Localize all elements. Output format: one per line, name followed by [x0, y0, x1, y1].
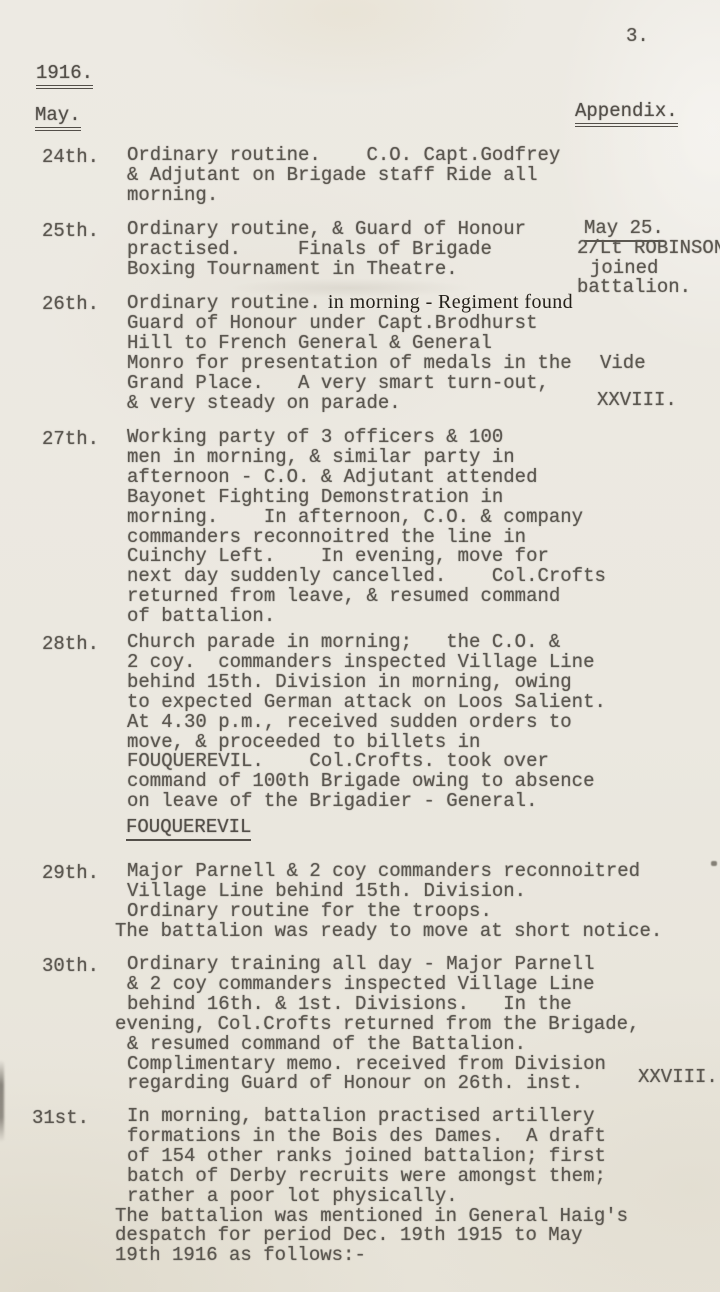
- entry-line: returned from leave, & resumed command: [127, 587, 720, 607]
- year-heading-text: 1916.: [36, 62, 93, 89]
- entry-body: Working party of 3 officers & 100 men in…: [127, 428, 720, 627]
- scan-artifact-edge-shadow: [0, 1060, 4, 1142]
- entry-line: move, & proceeded to billets in: [127, 733, 720, 753]
- appendix-column-heading: Appendix.: [575, 100, 678, 122]
- margin-note-date: May 25.: [584, 217, 664, 239]
- entry-line: Bayonet Fighting Demonstration in: [127, 488, 720, 508]
- diary-entry-29th: 29th. Major Parnell & 2 coy commanders r…: [0, 862, 720, 942]
- entry-date: 28th.: [42, 633, 99, 655]
- entry-date: 24th.: [42, 146, 99, 168]
- entry-line: In morning, battalion practised artiller…: [127, 1107, 720, 1127]
- entry-line: on leave of the Brigadier - General.: [127, 792, 720, 812]
- entry-line: Major Parnell & 2 coy commanders reconno…: [127, 862, 720, 882]
- entry-line: to expected German attack on Loos Salien…: [127, 693, 720, 713]
- entry-line: men in morning, & similar party in: [127, 448, 720, 468]
- entry-line-typed-part: Ordinary routine.: [127, 292, 321, 314]
- entry-line: Complimentary memo. received from Divisi…: [127, 1055, 720, 1075]
- entry-date: 31st.: [32, 1107, 89, 1129]
- entry-line: behind 15th. Division in morning, owing: [127, 673, 720, 693]
- entry-line: commanders reconnoitred the line in: [127, 528, 720, 548]
- entry-body: Church parade in morning; the C.O. & 2 c…: [127, 633, 720, 812]
- location-section-heading-text: FOUQUEREVIL: [126, 816, 251, 841]
- entry-line: batch of Derby recruits were amongst the…: [127, 1167, 720, 1187]
- diary-entry-28th: 28th. Church parade in morning; the C.O.…: [0, 633, 720, 812]
- month-heading-text: May.: [35, 104, 81, 131]
- entry-line: The battalion was mentioned in General H…: [115, 1207, 720, 1227]
- entry-line: 19th 1916 as follows:-: [115, 1246, 720, 1266]
- scanned-diary-page: 3. 1916. May. Appendix. 24th. Ordinary r…: [0, 0, 720, 1292]
- entry-line: Church parade in morning; the C.O. &: [127, 633, 720, 653]
- entry-line: afternoon - C.O. & Adjutant attended: [127, 468, 720, 488]
- entry-line: Ordinary routine for the troops.: [127, 902, 720, 922]
- entry-line: Village Line behind 15th. Division.: [127, 882, 720, 902]
- entry-date: 26th.: [42, 293, 99, 315]
- entry-date: 29th.: [42, 862, 99, 884]
- appendix-heading-text: Appendix.: [575, 100, 678, 127]
- entry-line: Cuinchy Left. In evening, move for: [127, 547, 720, 567]
- entry-date: 25th.: [42, 220, 99, 242]
- entry-line: & resumed command of the Battalion.: [127, 1035, 720, 1055]
- margin-note-line: 2/Lt ROBINSON: [577, 237, 720, 259]
- entry-line: Hill to French General & General: [127, 334, 720, 354]
- page-number: 3.: [626, 25, 649, 47]
- entry-date: 30th.: [42, 955, 99, 977]
- entry-line: Guard of Honour under Capt.Brodhurst: [127, 314, 720, 334]
- margin-note-appendix-ref: XXVIII.: [597, 389, 677, 411]
- entry-line-inserted-annotation: in morning - Regiment found: [328, 291, 573, 313]
- margin-note-appendix-ref: XXVIII.: [638, 1066, 718, 1088]
- entry-line: Ordinary training all day - Major Parnel…: [127, 955, 720, 975]
- scan-artifact-speck: [711, 861, 717, 866]
- entry-line: of 154 other ranks joined battalion; fir…: [127, 1147, 720, 1167]
- diary-entry-31st: 31st. In morning, battalion practised ar…: [0, 1107, 720, 1266]
- diary-entry-30th: 30th. Ordinary training all day - Major …: [0, 955, 720, 1094]
- entry-body: In morning, battalion practised artiller…: [127, 1107, 720, 1266]
- entry-line: At 4.30 p.m., received sudden orders to: [127, 713, 720, 733]
- entry-body: Ordinary training all day - Major Parnel…: [127, 955, 720, 1094]
- month-heading: May.: [35, 104, 81, 126]
- diary-entry-27th: 27th. Working party of 3 officers & 100 …: [0, 428, 720, 627]
- diary-entry-24th: 24th. Ordinary routine. C.O. Capt.Godfre…: [0, 146, 720, 206]
- entry-line: Ordinary routine. C.O. Capt.Godfrey: [127, 146, 720, 166]
- entry-line: behind 16th. & 1st. Divisions. In the: [127, 995, 720, 1015]
- entry-line: 2 coy. commanders inspected Village Line: [127, 653, 720, 673]
- entry-line: rather a poor lot physically.: [127, 1187, 720, 1207]
- entry-line: morning.: [127, 186, 720, 206]
- entry-line: formations in the Bois des Dames. A draf…: [127, 1127, 720, 1147]
- entry-body: Major Parnell & 2 coy commanders reconno…: [127, 862, 720, 942]
- margin-note-vide: Vide: [600, 352, 646, 374]
- entry-line: next day suddenly cancelled. Col.Crofts: [127, 567, 720, 587]
- entry-line: Working party of 3 officers & 100: [127, 428, 720, 448]
- entry-body: Ordinary routine. C.O. Capt.Godfrey & Ad…: [127, 146, 720, 206]
- entry-line: & Adjutant on Brigade staff Ride all: [127, 166, 720, 186]
- entry-line: & 2 coy commanders inspected Village Lin…: [127, 975, 720, 995]
- entry-line-with-insertion: Ordinary routine.in morning - Regiment f…: [127, 293, 720, 314]
- entry-date: 27th.: [42, 428, 99, 450]
- entry-line: command of 100th Brigade owing to absenc…: [127, 772, 720, 792]
- entry-line: FOUQUEREVIL. Col.Crofts. took over: [127, 752, 720, 772]
- entry-line: evening, Col.Crofts returned from the Br…: [115, 1015, 720, 1035]
- entry-line: The battalion was ready to move at short…: [115, 922, 720, 942]
- entry-line: regarding Guard of Honour on 26th. inst.: [127, 1074, 720, 1094]
- entry-line: of battalion.: [127, 607, 720, 627]
- year-heading: 1916.: [36, 62, 93, 84]
- entry-line: morning. In afternoon, C.O. & company: [127, 508, 720, 528]
- location-section-heading: FOUQUEREVIL: [126, 816, 251, 838]
- entry-line: despatch for period Dec. 19th 1915 to Ma…: [115, 1226, 720, 1246]
